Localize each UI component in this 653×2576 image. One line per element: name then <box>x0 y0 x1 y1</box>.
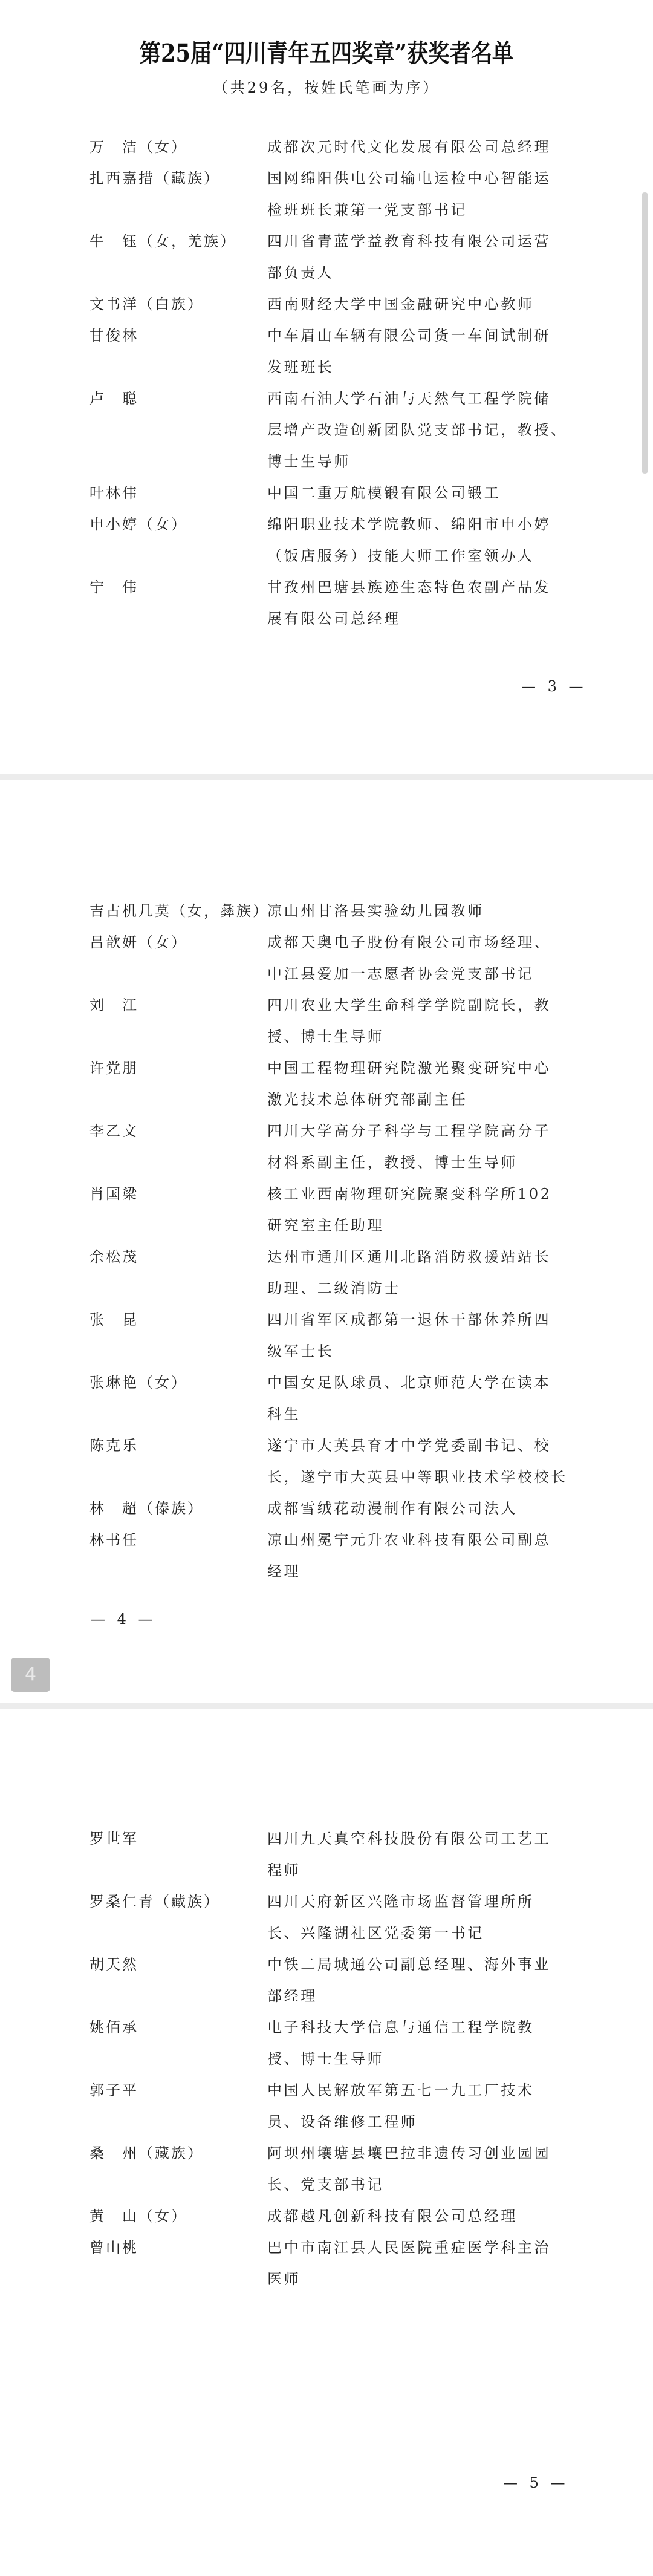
list-item: 郭子平中国人民解放军第五七一九工厂技术员、设备维修工程师 <box>0 2075 653 2137</box>
affiliation-line: 西南石油大学石油与天然气工程学院储 <box>267 383 582 414</box>
page-indicator-badge[interactable]: 4 <box>11 1658 50 1692</box>
page-number: — 5 — <box>503 2474 569 2491</box>
document-page-3: 第25届“四川青年五四奖章”获奖者名单 （共29名，按姓氏笔画为序） 万 洁（女… <box>0 0 653 774</box>
affiliation-line: 部负责人 <box>267 257 582 289</box>
affiliation-line: 四川省军区成都第一退休干部休养所四 <box>267 1304 582 1335</box>
list-item: 李乙文四川大学高分子科学与工程学院高分子材料系副主任，教授、博士生导师 <box>0 1115 653 1178</box>
list-item: 桑 州（藏族）阿坝州壤塘县壤巴拉非遗传习创业园园长、党支部书记 <box>0 2137 653 2200</box>
awardee-affiliation: 绵阳职业技术学院教师、绵阳市申小婷（饭店服务）技能大师工作室领办人 <box>267 509 582 572</box>
affiliation-line: 展有限公司总经理 <box>267 603 582 634</box>
affiliation-line: 博士生导师 <box>267 446 582 477</box>
list-item: 林 超（傣族）成都雪绒花动漫制作有限公司法人 <box>0 1493 653 1524</box>
document-subtitle: （共29名，按姓氏笔画为序） <box>0 76 653 97</box>
awardee-name: 许党朋 <box>89 1052 271 1084</box>
awardee-affiliation: 巴中市南江县人民医院重症医学科主治医师 <box>267 2232 582 2295</box>
list-item: 吉古机几莫（女，彝族）凉山州甘洛县实验幼儿园教师 <box>0 895 653 927</box>
awardee-affiliation: 四川省军区成都第一退休干部休养所四级军士长 <box>267 1304 582 1367</box>
document-title: 第25届“四川青年五四奖章”获奖者名单 <box>46 33 608 69</box>
awardee-affiliation: 中国二重万航模锻有限公司锻工 <box>267 477 582 509</box>
affiliation-line: 程师 <box>267 1854 582 1886</box>
affiliation-line: 授、博士生导师 <box>267 2043 582 2075</box>
affiliation-line: 员、设备维修工程师 <box>267 2106 582 2137</box>
affiliation-line: 达州市通川区通川北路消防救援站站长 <box>267 1241 582 1273</box>
affiliation-line: 长、兴隆湖社区党委第一书记 <box>267 1917 582 1949</box>
affiliation-line: 成都次元时代文化发展有限公司总经理 <box>267 131 582 163</box>
list-item: 甘俊林中车眉山车辆有限公司货一车间试制研发班班长 <box>0 320 653 383</box>
affiliation-line: 国网绵阳供电公司输电运检中心智能运 <box>267 163 582 194</box>
awardee-name: 林 超（傣族） <box>89 1493 271 1524</box>
awardee-affiliation: 核工业西南物理研究院聚变科学所102研究室主任助理 <box>267 1178 582 1241</box>
list-item: 许党朋中国工程物理研究院激光聚变研究中心激光技术总体研究部副主任 <box>0 1052 653 1115</box>
list-item: 张 昆四川省军区成都第一退休干部休养所四级军士长 <box>0 1304 653 1367</box>
awardee-affiliation: 成都次元时代文化发展有限公司总经理 <box>267 131 582 163</box>
affiliation-line: 级军士长 <box>267 1335 582 1367</box>
awardee-name: 罗桑仁青（藏族） <box>89 1886 271 1917</box>
awardee-affiliation: 遂宁市大英县育才中学党委副书记、校长，遂宁市大英县中等职业技术学校校长 <box>267 1430 582 1493</box>
awardee-affiliation: 阿坝州壤塘县壤巴拉非遗传习创业园园长、党支部书记 <box>267 2137 582 2200</box>
list-item: 林书任凉山州冕宁元升农业科技有限公司副总经理 <box>0 1524 653 1587</box>
affiliation-line: 甘孜州巴塘县族迹生态特色农副产品发 <box>267 572 582 603</box>
awardee-name: 余松茂 <box>89 1241 271 1273</box>
awardee-affiliation: 四川大学高分子科学与工程学院高分子材料系副主任，教授、博士生导师 <box>267 1115 582 1178</box>
awardee-affiliation: 国网绵阳供电公司输电运检中心智能运检班班长兼第一党支部书记 <box>267 163 582 226</box>
awardee-name: 胡天然 <box>89 1949 271 1980</box>
list-item: 万 洁（女）成都次元时代文化发展有限公司总经理 <box>0 131 653 163</box>
affiliation-line: 科生 <box>267 1398 582 1430</box>
awardee-affiliation: 电子科技大学信息与通信工程学院教授、博士生导师 <box>267 2012 582 2075</box>
awardee-name: 张 昆 <box>89 1304 271 1335</box>
affiliation-line: 成都雪绒花动漫制作有限公司法人 <box>267 1493 582 1524</box>
affiliation-line: 长，遂宁市大英县中等职业技术学校校长 <box>267 1461 582 1493</box>
list-item: 张琳艳（女）中国女足队球员、北京师范大学在读本科生 <box>0 1367 653 1430</box>
awardee-name: 万 洁（女） <box>89 131 271 163</box>
awardee-affiliation: 西南财经大学中国金融研究中心教师 <box>267 289 582 320</box>
awardee-affiliation: 中国人民解放军第五七一九工厂技术员、设备维修工程师 <box>267 2075 582 2137</box>
awardee-name: 郭子平 <box>89 2075 271 2106</box>
list-item: 曾山桃巴中市南江县人民医院重症医学科主治医师 <box>0 2232 653 2295</box>
list-item: 陈克乐遂宁市大英县育才中学党委副书记、校长，遂宁市大英县中等职业技术学校校长 <box>0 1430 653 1493</box>
list-item: 姚佰承电子科技大学信息与通信工程学院教授、博士生导师 <box>0 2012 653 2075</box>
awardee-name: 宁 伟 <box>89 572 271 603</box>
list-item: 刘 江四川农业大学生命科学学院副院长，教授、博士生导师 <box>0 990 653 1052</box>
list-item: 卢 聪西南石油大学石油与天然气工程学院储层增产改造创新团队党支部书记，教授、博士… <box>0 383 653 477</box>
list-item: 叶林伟中国二重万航模锻有限公司锻工 <box>0 477 653 509</box>
awardee-name: 姚佰承 <box>89 2012 271 2043</box>
document-page-5: 罗世军四川九天真空科技股份有限公司工艺工程师罗桑仁青（藏族）四川天府新区兴隆市场… <box>0 1709 653 2576</box>
list-item: 肖国梁核工业西南物理研究院聚变科学所102研究室主任助理 <box>0 1178 653 1241</box>
awardee-name: 罗世军 <box>89 1823 271 1854</box>
list-item: 扎西嘉措（藏族）国网绵阳供电公司输电运检中心智能运检班班长兼第一党支部书记 <box>0 163 653 226</box>
affiliation-line: 中国工程物理研究院激光聚变研究中心 <box>267 1052 582 1084</box>
list-item: 胡天然中铁二局城通公司副总经理、海外事业部经理 <box>0 1949 653 2012</box>
awardee-name: 甘俊林 <box>89 320 271 351</box>
awardee-affiliation: 中国女足队球员、北京师范大学在读本科生 <box>267 1367 582 1430</box>
affiliation-line: 四川省青蓝学益教育科技有限公司运营 <box>267 226 582 257</box>
affiliation-line: 四川天府新区兴隆市场监督管理所所 <box>267 1886 582 1917</box>
awardee-name: 陈克乐 <box>89 1430 271 1461</box>
list-item: 余松茂达州市通川区通川北路消防救援站站长助理、二级消防士 <box>0 1241 653 1304</box>
affiliation-line: 授、博士生导师 <box>267 1021 582 1052</box>
awardee-affiliation: 四川农业大学生命科学学院副院长，教授、博士生导师 <box>267 990 582 1052</box>
list-item: 申小婷（女）绵阳职业技术学院教师、绵阳市申小婷（饭店服务）技能大师工作室领办人 <box>0 509 653 572</box>
affiliation-line: 中车眉山车辆有限公司货一车间试制研 <box>267 320 582 351</box>
list-item: 文书洋（白族）西南财经大学中国金融研究中心教师 <box>0 289 653 320</box>
awardee-list: 万 洁（女）成都次元时代文化发展有限公司总经理扎西嘉措（藏族）国网绵阳供电公司输… <box>0 131 653 634</box>
affiliation-line: 四川农业大学生命科学学院副院长，教 <box>267 990 582 1021</box>
affiliation-line: 层增产改造创新团队党支部书记，教授、 <box>267 414 582 446</box>
awardee-name: 申小婷（女） <box>89 509 271 540</box>
affiliation-line: 遂宁市大英县育才中学党委副书记、校 <box>267 1430 582 1461</box>
affiliation-line: 凉山州冕宁元升农业科技有限公司副总 <box>267 1524 582 1556</box>
awardee-name: 卢 聪 <box>89 383 271 414</box>
affiliation-line: 四川大学高分子科学与工程学院高分子 <box>267 1115 582 1147</box>
awardee-name: 黄 山（女） <box>89 2200 271 2232</box>
affiliation-line: 成都越凡创新科技有限公司总经理 <box>267 2200 582 2232</box>
affiliation-line: 研究室主任助理 <box>267 1210 582 1241</box>
list-item: 黄 山（女）成都越凡创新科技有限公司总经理 <box>0 2200 653 2232</box>
affiliation-line: 绵阳职业技术学院教师、绵阳市申小婷 <box>267 509 582 540</box>
list-item: 吕歆妍（女）成都天奥电子股份有限公司市场经理、中江县爱加一志愿者协会党支部书记 <box>0 927 653 990</box>
affiliation-line: 助理、二级消防士 <box>267 1273 582 1304</box>
awardee-affiliation: 中铁二局城通公司副总经理、海外事业部经理 <box>267 1949 582 2012</box>
affiliation-line: 中国二重万航模锻有限公司锻工 <box>267 477 582 509</box>
awardee-name: 牛 钰（女，羌族） <box>89 226 271 257</box>
awardee-affiliation: 达州市通川区通川北路消防救援站站长助理、二级消防士 <box>267 1241 582 1304</box>
affiliation-line: 中江县爱加一志愿者协会党支部书记 <box>267 958 582 990</box>
affiliation-line: 电子科技大学信息与通信工程学院教 <box>267 2012 582 2043</box>
awardee-affiliation: 甘孜州巴塘县族迹生态特色农副产品发展有限公司总经理 <box>267 572 582 634</box>
awardee-name: 曾山桃 <box>89 2232 271 2263</box>
awardee-name: 林书任 <box>89 1524 271 1556</box>
awardee-affiliation: 凉山州冕宁元升农业科技有限公司副总经理 <box>267 1524 582 1587</box>
scrollbar-thumb[interactable] <box>642 192 648 474</box>
affiliation-line: 部经理 <box>267 1980 582 2012</box>
affiliation-line: 核工业西南物理研究院聚变科学所102 <box>267 1178 582 1210</box>
awardee-name: 叶林伟 <box>89 477 271 509</box>
affiliation-line: 巴中市南江县人民医院重症医学科主治 <box>267 2232 582 2263</box>
awardee-list: 罗世军四川九天真空科技股份有限公司工艺工程师罗桑仁青（藏族）四川天府新区兴隆市场… <box>0 1823 653 2295</box>
awardee-affiliation: 中国工程物理研究院激光聚变研究中心激光技术总体研究部副主任 <box>267 1052 582 1115</box>
awardee-affiliation: 凉山州甘洛县实验幼儿园教师 <box>267 895 582 927</box>
page-number: — 3 — <box>521 678 587 695</box>
affiliation-line: 长、党支部书记 <box>267 2169 582 2200</box>
affiliation-line: （饭店服务）技能大师工作室领办人 <box>267 540 582 572</box>
affiliation-line: 四川九天真空科技股份有限公司工艺工 <box>267 1823 582 1854</box>
affiliation-line: 激光技术总体研究部副主任 <box>267 1084 582 1115</box>
awardee-affiliation: 成都天奥电子股份有限公司市场经理、中江县爱加一志愿者协会党支部书记 <box>267 927 582 990</box>
awardee-name: 肖国梁 <box>89 1178 271 1210</box>
awardee-name: 张琳艳（女） <box>89 1367 271 1398</box>
affiliation-line: 凉山州甘洛县实验幼儿园教师 <box>267 895 582 927</box>
awardee-affiliation: 四川天府新区兴隆市场监督管理所所长、兴隆湖社区党委第一书记 <box>267 1886 582 1949</box>
affiliation-line: 中国女足队球员、北京师范大学在读本 <box>267 1367 582 1398</box>
affiliation-line: 中国人民解放军第五七一九工厂技术 <box>267 2075 582 2106</box>
awardee-affiliation: 四川省青蓝学益教育科技有限公司运营部负责人 <box>267 226 582 289</box>
awardee-affiliation: 西南石油大学石油与天然气工程学院储层增产改造创新团队党支部书记，教授、博士生导师 <box>267 383 582 477</box>
affiliation-line: 成都天奥电子股份有限公司市场经理、 <box>267 927 582 958</box>
affiliation-line: 经理 <box>267 1556 582 1587</box>
affiliation-line: 检班班长兼第一党支部书记 <box>267 194 582 226</box>
list-item: 罗桑仁青（藏族）四川天府新区兴隆市场监督管理所所长、兴隆湖社区党委第一书记 <box>0 1886 653 1949</box>
affiliation-line: 中铁二局城通公司副总经理、海外事业 <box>267 1949 582 1980</box>
awardee-affiliation: 中车眉山车辆有限公司货一车间试制研发班班长 <box>267 320 582 383</box>
awardee-list: 吉古机几莫（女，彝族）凉山州甘洛县实验幼儿园教师吕歆妍（女）成都天奥电子股份有限… <box>0 895 653 1587</box>
affiliation-line: 阿坝州壤塘县壤巴拉非遗传习创业园园 <box>267 2137 582 2169</box>
affiliation-line: 材料系副主任，教授、博士生导师 <box>267 1147 582 1178</box>
awardee-name: 吉古机几莫（女，彝族） <box>89 895 271 927</box>
list-item: 牛 钰（女，羌族）四川省青蓝学益教育科技有限公司运营部负责人 <box>0 226 653 289</box>
document-page-4: 吉古机几莫（女，彝族）凉山州甘洛县实验幼儿园教师吕歆妍（女）成都天奥电子股份有限… <box>0 780 653 1703</box>
list-item: 宁 伟甘孜州巴塘县族迹生态特色农副产品发展有限公司总经理 <box>0 572 653 634</box>
page-number: — 4 — <box>91 1611 157 1628</box>
list-item: 罗世军四川九天真空科技股份有限公司工艺工程师 <box>0 1823 653 1886</box>
awardee-name: 桑 州（藏族） <box>89 2137 271 2169</box>
awardee-affiliation: 四川九天真空科技股份有限公司工艺工程师 <box>267 1823 582 1886</box>
awardee-affiliation: 成都雪绒花动漫制作有限公司法人 <box>267 1493 582 1524</box>
awardee-name: 扎西嘉措（藏族） <box>89 163 271 194</box>
awardee-affiliation: 成都越凡创新科技有限公司总经理 <box>267 2200 582 2232</box>
affiliation-line: 医师 <box>267 2263 582 2295</box>
awardee-name: 李乙文 <box>89 1115 271 1147</box>
awardee-name: 吕歆妍（女） <box>89 927 271 958</box>
awardee-name: 刘 江 <box>89 990 271 1021</box>
affiliation-line: 西南财经大学中国金融研究中心教师 <box>267 289 582 320</box>
affiliation-line: 发班班长 <box>267 351 582 383</box>
awardee-name: 文书洋（白族） <box>89 289 271 320</box>
